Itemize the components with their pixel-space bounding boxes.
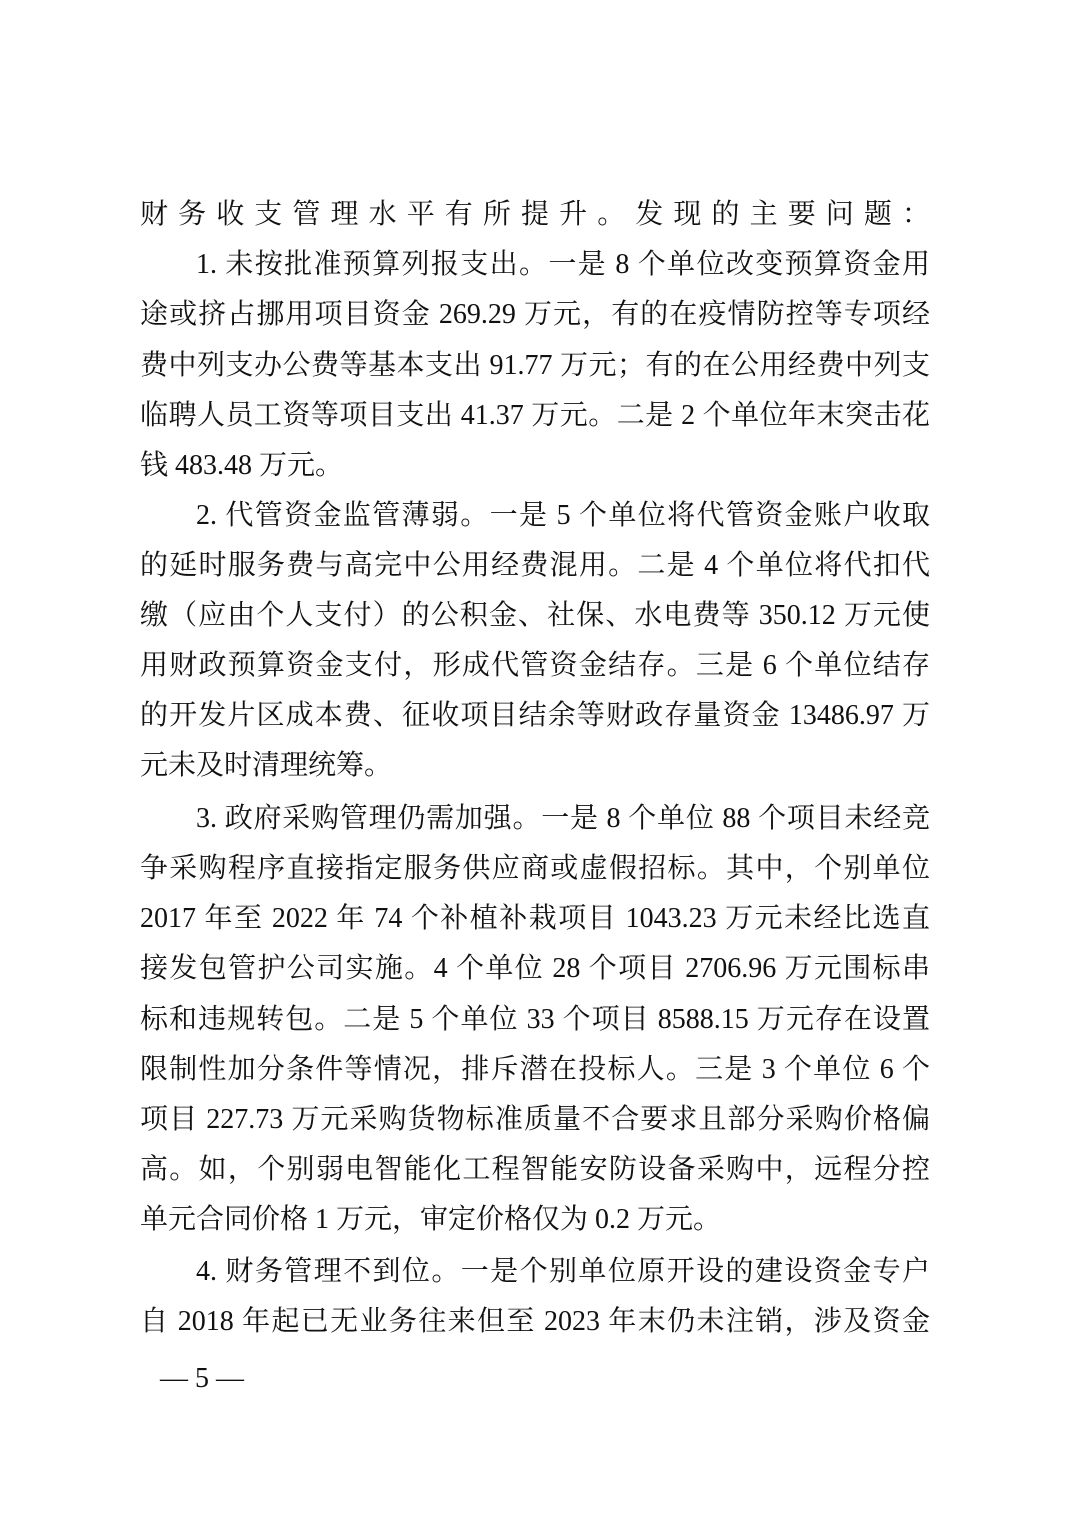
issue-1-line: 临聘人员工资等项目支出 41.37 万元。二是 2 个单位年末突击花 xyxy=(140,397,930,435)
issue-2-line: 的开发片区成本费、征收项目结余等财政存量资金 13486.97 万 xyxy=(140,697,930,735)
issue-3-line: 单元合同价格 1 万元，审定价格仅为 0.2 万元。 xyxy=(140,1201,930,1239)
issue-3-line: 标和违规转包。二是 5 个单位 33 个项目 8588.15 万元存在设置 xyxy=(140,1001,930,1039)
issue-3-line: 争采购程序直接指定服务供应商或虚假招标。其中，个别单位 xyxy=(140,850,930,888)
issue-2-line: 缴（应由个人支付）的公积金、社保、水电费等 350.12 万元使 xyxy=(140,597,930,635)
issue-3-line: 接发包管护公司实施。4 个单位 28 个项目 2706.96 万元围标串 xyxy=(140,950,930,988)
issue-2-line: 用财政预算资金支付，形成代管资金结存。三是 6 个单位结存 xyxy=(140,647,930,685)
page-number: — 5 — xyxy=(160,1360,244,1398)
issue-1-line: 费中列支办公费等基本支出 91.77 万元；有的在公用经费中列支 xyxy=(140,347,930,385)
issue-3-line: 限制性加分条件等情况，排斥潜在投标人。三是 3 个单位 6 个 xyxy=(140,1051,930,1089)
issue-1-heading-line: 1. 未按批准预算列报支出。一是 8 个单位改变预算资金用 xyxy=(196,246,930,284)
issue-4-heading-line: 4. 财务管理不到位。一是个别单位原开设的建设资金专户 xyxy=(196,1253,930,1291)
issue-3-line: 项目 227.73 万元采购货物标准质量不合要求且部分采购价格偏 xyxy=(140,1101,930,1139)
issue-2-heading-line: 2. 代管资金监管薄弱。一是 5 个单位将代管资金账户收取 xyxy=(196,497,930,535)
issue-2-line: 元未及时清理统筹。 xyxy=(140,747,930,785)
issue-1-line: 途或挤占挪用项目资金 269.29 万元，有的在疫情防控等专项经 xyxy=(140,296,930,334)
issue-3-line: 2017 年至 2022 年 74 个补植补栽项目 1043.23 万元未经比选… xyxy=(140,900,930,938)
document-page: 财务收支管理水平有所提升。发现的主要问题： 1. 未按批准预算列报支出。一是 8… xyxy=(0,0,1069,1514)
issue-3-line: 高。如，个别弱电智能化工程智能安防设备采购中，远程分控 xyxy=(140,1151,930,1189)
issue-3-heading-line: 3. 政府采购管理仍需加强。一是 8 个单位 88 个项目未经竞 xyxy=(196,800,930,838)
issue-1-line: 钱 483.48 万元。 xyxy=(140,447,930,485)
issue-2-line: 的延时服务费与高完中公用经费混用。二是 4 个单位将代扣代 xyxy=(140,547,930,585)
intro-line: 财务收支管理水平有所提升。发现的主要问题： xyxy=(140,196,930,234)
issue-4-line: 自 2018 年起已无业务往来但至 2023 年末仍未注销，涉及资金 xyxy=(140,1303,930,1341)
